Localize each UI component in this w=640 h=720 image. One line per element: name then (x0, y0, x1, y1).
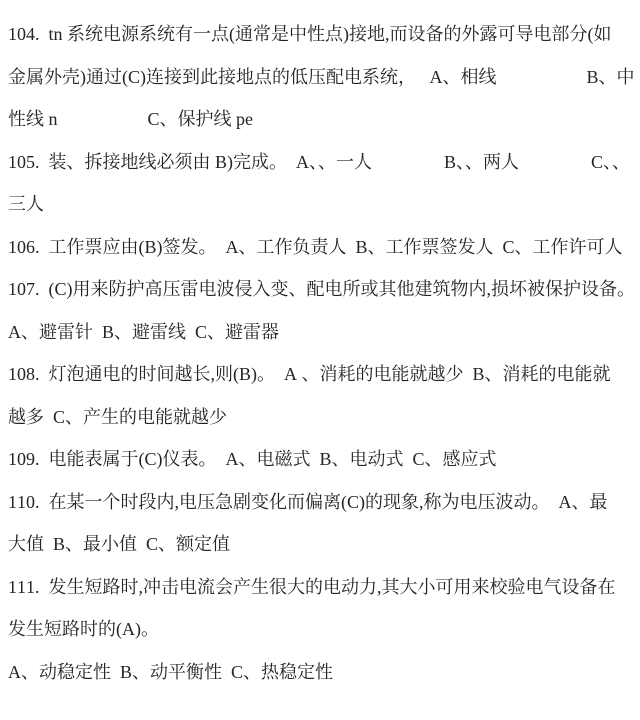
question-line: 109. 电能表属于(C)仪表。 A、电磁式 B、电动式 C、感应式 (8, 438, 636, 481)
question-107: 107. (C)用来防护高压雷电波侵入变、配电所或其他建筑物内,损坏被保护设备。… (8, 268, 636, 353)
question-line: A、动稳定性 B、动平衡性 C、热稳定性 (8, 651, 636, 694)
question-line: 大值 B、最小值 C、额定值 (8, 523, 636, 566)
question-111: 111. 发生短路时,冲击电流会产生很大的电动力,其大小可用来校验电气设备在 发… (8, 566, 636, 694)
question-line: 106. 工作票应由(B)签发。 A、工作负责人 B、工作票签发人 C、工作许可… (8, 226, 636, 269)
document-page: 104. tn 系统电源系统有一点(通常是中性点)接地,而设备的外露可导电部分(… (0, 0, 640, 720)
question-line: 105. 装、拆接地线必须由 B)完成。 A、、一人 B、、两人 C、、 (8, 141, 636, 184)
question-104: 104. tn 系统电源系统有一点(通常是中性点)接地,而设备的外露可导电部分(… (8, 13, 636, 141)
question-line: 发生短路时的(A)。 (8, 608, 636, 651)
question-line: A、避雷针 B、避雷线 C、避雷器 (8, 311, 636, 354)
question-110: 110. 在某一个时段内,电压急剧变化而偏离(C)的现象,称为电压波动。 A、最… (8, 481, 636, 566)
question-line: 104. tn 系统电源系统有一点(通常是中性点)接地,而设备的外露可导电部分(… (8, 13, 636, 56)
question-line: 111. 发生短路时,冲击电流会产生很大的电动力,其大小可用来校验电气设备在 (8, 566, 636, 609)
question-109: 109. 电能表属于(C)仪表。 A、电磁式 B、电动式 C、感应式 (8, 438, 636, 481)
question-line: 性线 n C、保护线 pe (8, 98, 636, 141)
question-line: 107. (C)用来防护高压雷电波侵入变、配电所或其他建筑物内,损坏被保护设备。 (8, 268, 636, 311)
question-106: 106. 工作票应由(B)签发。 A、工作负责人 B、工作票签发人 C、工作许可… (8, 226, 636, 269)
question-105: 105. 装、拆接地线必须由 B)完成。 A、、一人 B、、两人 C、、 三人 (8, 141, 636, 226)
question-line: 越多 C、产生的电能就越少 (8, 396, 636, 439)
question-line: 金属外壳)通过(C)连接到此接地点的低压配电系统， A、相线 B、中 (8, 56, 636, 99)
question-108: 108. 灯泡通电的时间越长,则(B)。 A 、消耗的电能就越少 B、消耗的电能… (8, 353, 636, 438)
question-line: 三人 (8, 183, 636, 226)
question-line: 108. 灯泡通电的时间越长,则(B)。 A 、消耗的电能就越少 B、消耗的电能… (8, 353, 636, 396)
question-line: 110. 在某一个时段内,电压急剧变化而偏离(C)的现象,称为电压波动。 A、最 (8, 481, 636, 524)
